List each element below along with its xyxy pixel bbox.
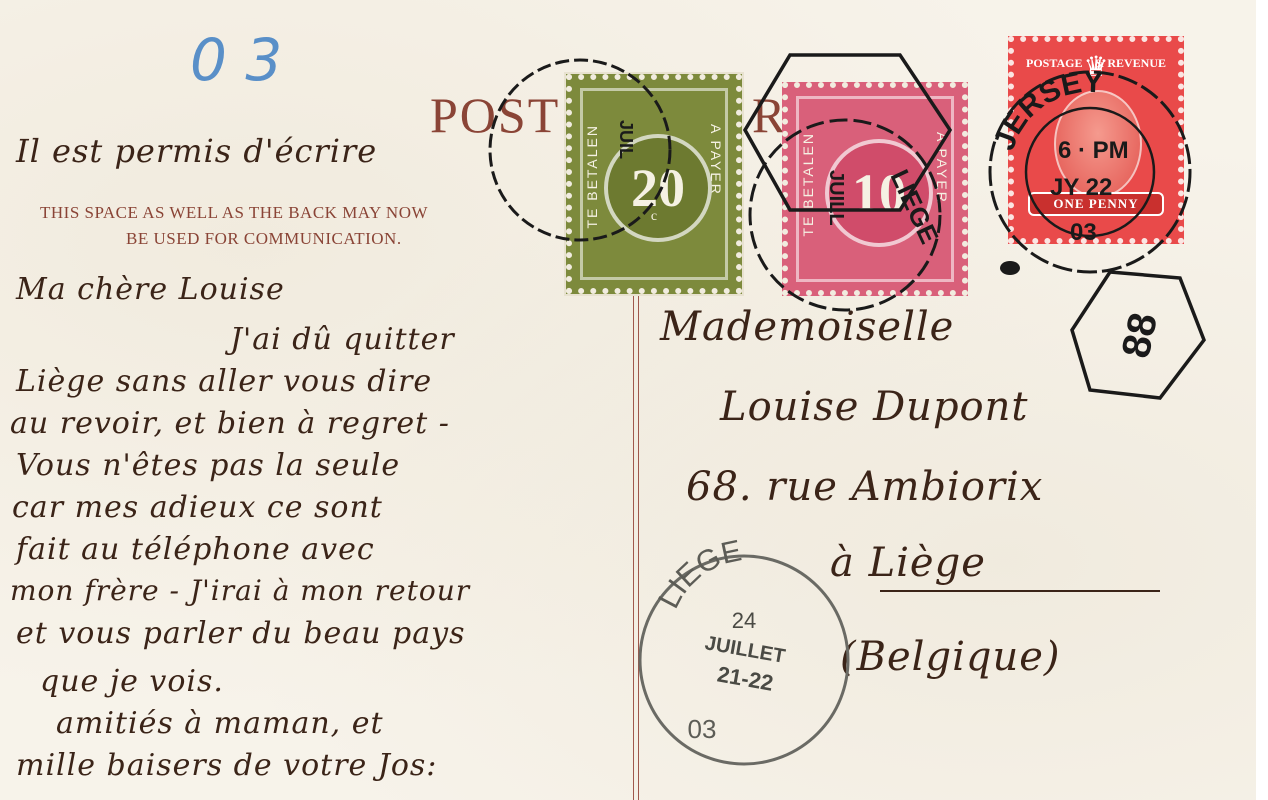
message-line: et vous parler du beau pays (16, 616, 465, 651)
address-line-4: à Liège (830, 540, 986, 586)
message-greeting: Ma chère Louise (16, 272, 285, 307)
printed-title: POST R (430, 86, 560, 144)
message-line-0: Il est permis d'écrire (16, 132, 377, 170)
message-line: Liège sans aller vous dire (16, 364, 432, 399)
hexagon-number: 88 (1114, 309, 1166, 362)
scan-edge (1256, 0, 1268, 800)
center-divider-line (633, 292, 639, 800)
message-line: car mes adieux ce sont (12, 490, 383, 525)
postage-due-stamp-10c: TE BETALEN A PAYER 10 (782, 82, 968, 296)
message-line: Vous n'êtes pas la seule (16, 448, 400, 483)
message-line: au revoir, et bien à regret - (10, 406, 450, 441)
stamp-right-text: A PAYER (934, 132, 950, 204)
message-line: fait au téléphone avec (16, 532, 375, 567)
printed-notice-line2: BE USED FOR COMMUNICATION. (126, 226, 402, 251)
message-signoff: mille baisers de votre Jos: (16, 748, 437, 783)
king-portrait (1054, 90, 1142, 198)
stamp-unit: c (651, 209, 657, 225)
message-line: que je vois. (40, 664, 224, 699)
liege-postmark-year: 03 (688, 714, 717, 744)
stamp-left-text: TE BETALEN (800, 132, 816, 237)
crown-icon: ♛ (1083, 50, 1108, 84)
printed-title-post: POST (430, 87, 560, 143)
stamp-postage-label: POSTAGE (1026, 56, 1082, 71)
message-line: J'ai dû quitter (230, 322, 455, 357)
liege-postmark-hours: 21-22 (715, 661, 775, 695)
postage-due-stamp-20c: TE BETALEN A PAYER 20 c (566, 74, 742, 294)
message-line: amitiés à maman, et (56, 706, 384, 741)
liege-postmark-month: JUILLET (703, 632, 787, 668)
hexagon-88-mark: 88 (1072, 272, 1204, 398)
address-line-5: (Belgique) (840, 634, 1061, 680)
printed-notice-line1: THIS SPACE AS WELL AS THE BACK MAY NOW (40, 200, 428, 225)
address-underline (880, 590, 1160, 592)
address-line-1: Mademoiselle (660, 304, 954, 350)
stamp-value: 20 (604, 134, 712, 242)
stamp-value: ONE PENNY (1028, 192, 1164, 216)
stamp-left-text: TE BETALEN (584, 124, 600, 229)
stamp-value: 10 (825, 139, 933, 247)
liege-postmark-town: LIEGE (652, 534, 744, 613)
liege-arrival-postmark: LIEGE 24 JUILLET 21-22 03 (640, 534, 848, 764)
liege-postmark-day: 24 (732, 608, 756, 633)
address-line-2: Louise Dupont (720, 384, 1028, 430)
one-penny-stamp: POSTAGE & REVENUE ♛ ONE PENNY (1008, 36, 1184, 244)
postcard-back: POST R THIS SPACE AS WELL AS THE BACK MA… (0, 0, 1257, 800)
address-line-3: 68. rue Ambiorix (686, 464, 1043, 510)
message-line: mon frère - J'irai à mon retour (10, 574, 470, 607)
pencil-notation: 0 3 (190, 26, 282, 94)
